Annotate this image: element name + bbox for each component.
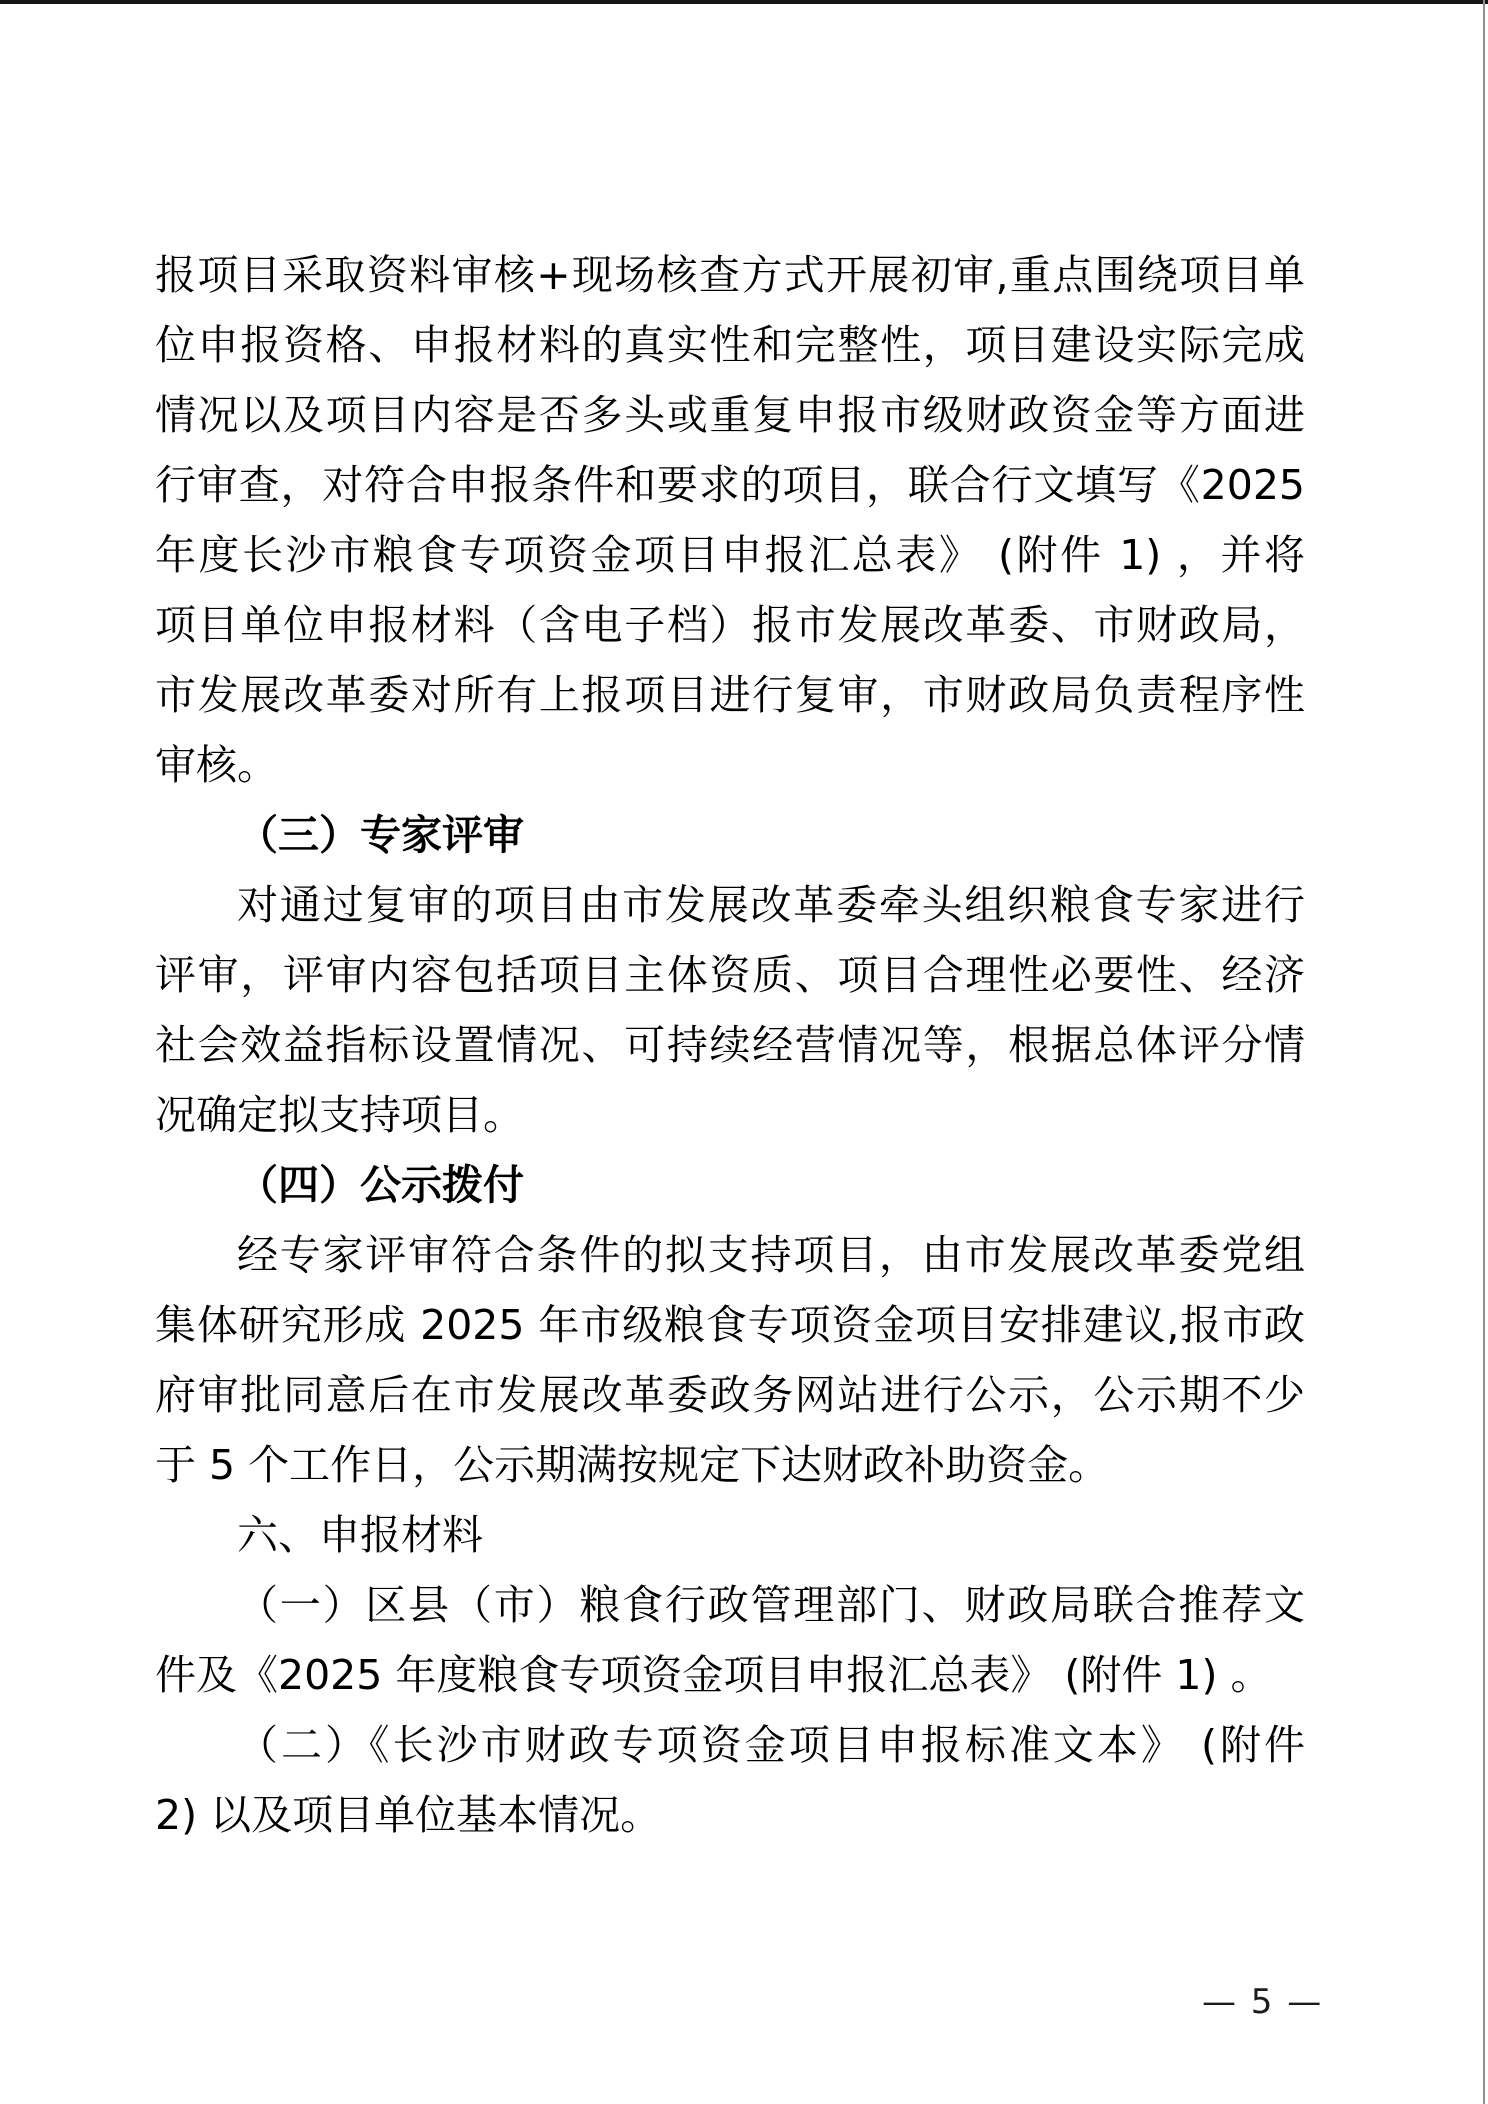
text-line: 行审查，对符合申报条件和要求的项目，联合行文填写《2025 — [155, 450, 1305, 520]
section-heading: （四）公示拨付 — [155, 1150, 1305, 1220]
text-line: 社会效益指标设置情况、可持续经营情况等，根据总体评分情 — [155, 1010, 1305, 1080]
text-line: 对通过复审的项目由市发展改革委牵头组织粮食专家进行 — [155, 870, 1305, 940]
section-heading: 六、申报材料 — [155, 1500, 1305, 1570]
text-line: 年度长沙市粮食专项资金项目申报汇总表》 (附件 1) ，并将 — [155, 520, 1305, 590]
text-line: 件及《2025 年度粮食专项资金项目申报汇总表》 (附件 1) 。 — [155, 1640, 1305, 1710]
text-line: 位申报资格、申报材料的真实性和完整性，项目建设实际完成 — [155, 310, 1305, 380]
section-heading: （三）专家评审 — [155, 800, 1305, 870]
text-line: （一）区县（市）粮食行政管理部门、财政局联合推荐文 — [155, 1570, 1305, 1640]
text-line: 审核。 — [155, 730, 1305, 800]
document-body: 报项目采取资料审核+现场核查方式开展初审,重点围绕项目单位申报资格、申报材料的真… — [155, 240, 1305, 1850]
page-right-edge — [1483, 0, 1485, 2104]
text-line: 市发展改革委对所有上报项目进行复审，市财政局负责程序性 — [155, 660, 1305, 730]
text-line: 于 5 个工作日，公示期满按规定下达财政补助资金。 — [155, 1430, 1305, 1500]
page-top-edge — [0, 0, 1488, 4]
page-number: — 5 — — [1202, 1972, 1323, 2032]
text-line: 项目单位申报材料（含电子档）报市发展改革委、市财政局， — [155, 590, 1305, 660]
text-line: 评审，评审内容包括项目主体资质、项目合理性必要性、经济 — [155, 940, 1305, 1010]
text-line: 2) 以及项目单位基本情况。 — [155, 1780, 1305, 1850]
text-line: 经专家评审符合条件的拟支持项目，由市发展改革委党组 — [155, 1220, 1305, 1290]
text-line: 情况以及项目内容是否多头或重复申报市级财政资金等方面进 — [155, 380, 1305, 450]
text-line: 况确定拟支持项目。 — [155, 1080, 1305, 1150]
document-page: 报项目采取资料审核+现场核查方式开展初审,重点围绕项目单位申报资格、申报材料的真… — [0, 0, 1488, 2104]
text-line: 报项目采取资料审核+现场核查方式开展初审,重点围绕项目单 — [155, 240, 1305, 310]
text-line: 府审批同意后在市发展改革委政务网站进行公示，公示期不少 — [155, 1360, 1305, 1430]
text-line: 集体研究形成 2025 年市级粮食专项资金项目安排建议,报市政 — [155, 1290, 1305, 1360]
text-line: （二）《长沙市财政专项资金项目申报标准文本》 (附件 — [155, 1710, 1305, 1780]
